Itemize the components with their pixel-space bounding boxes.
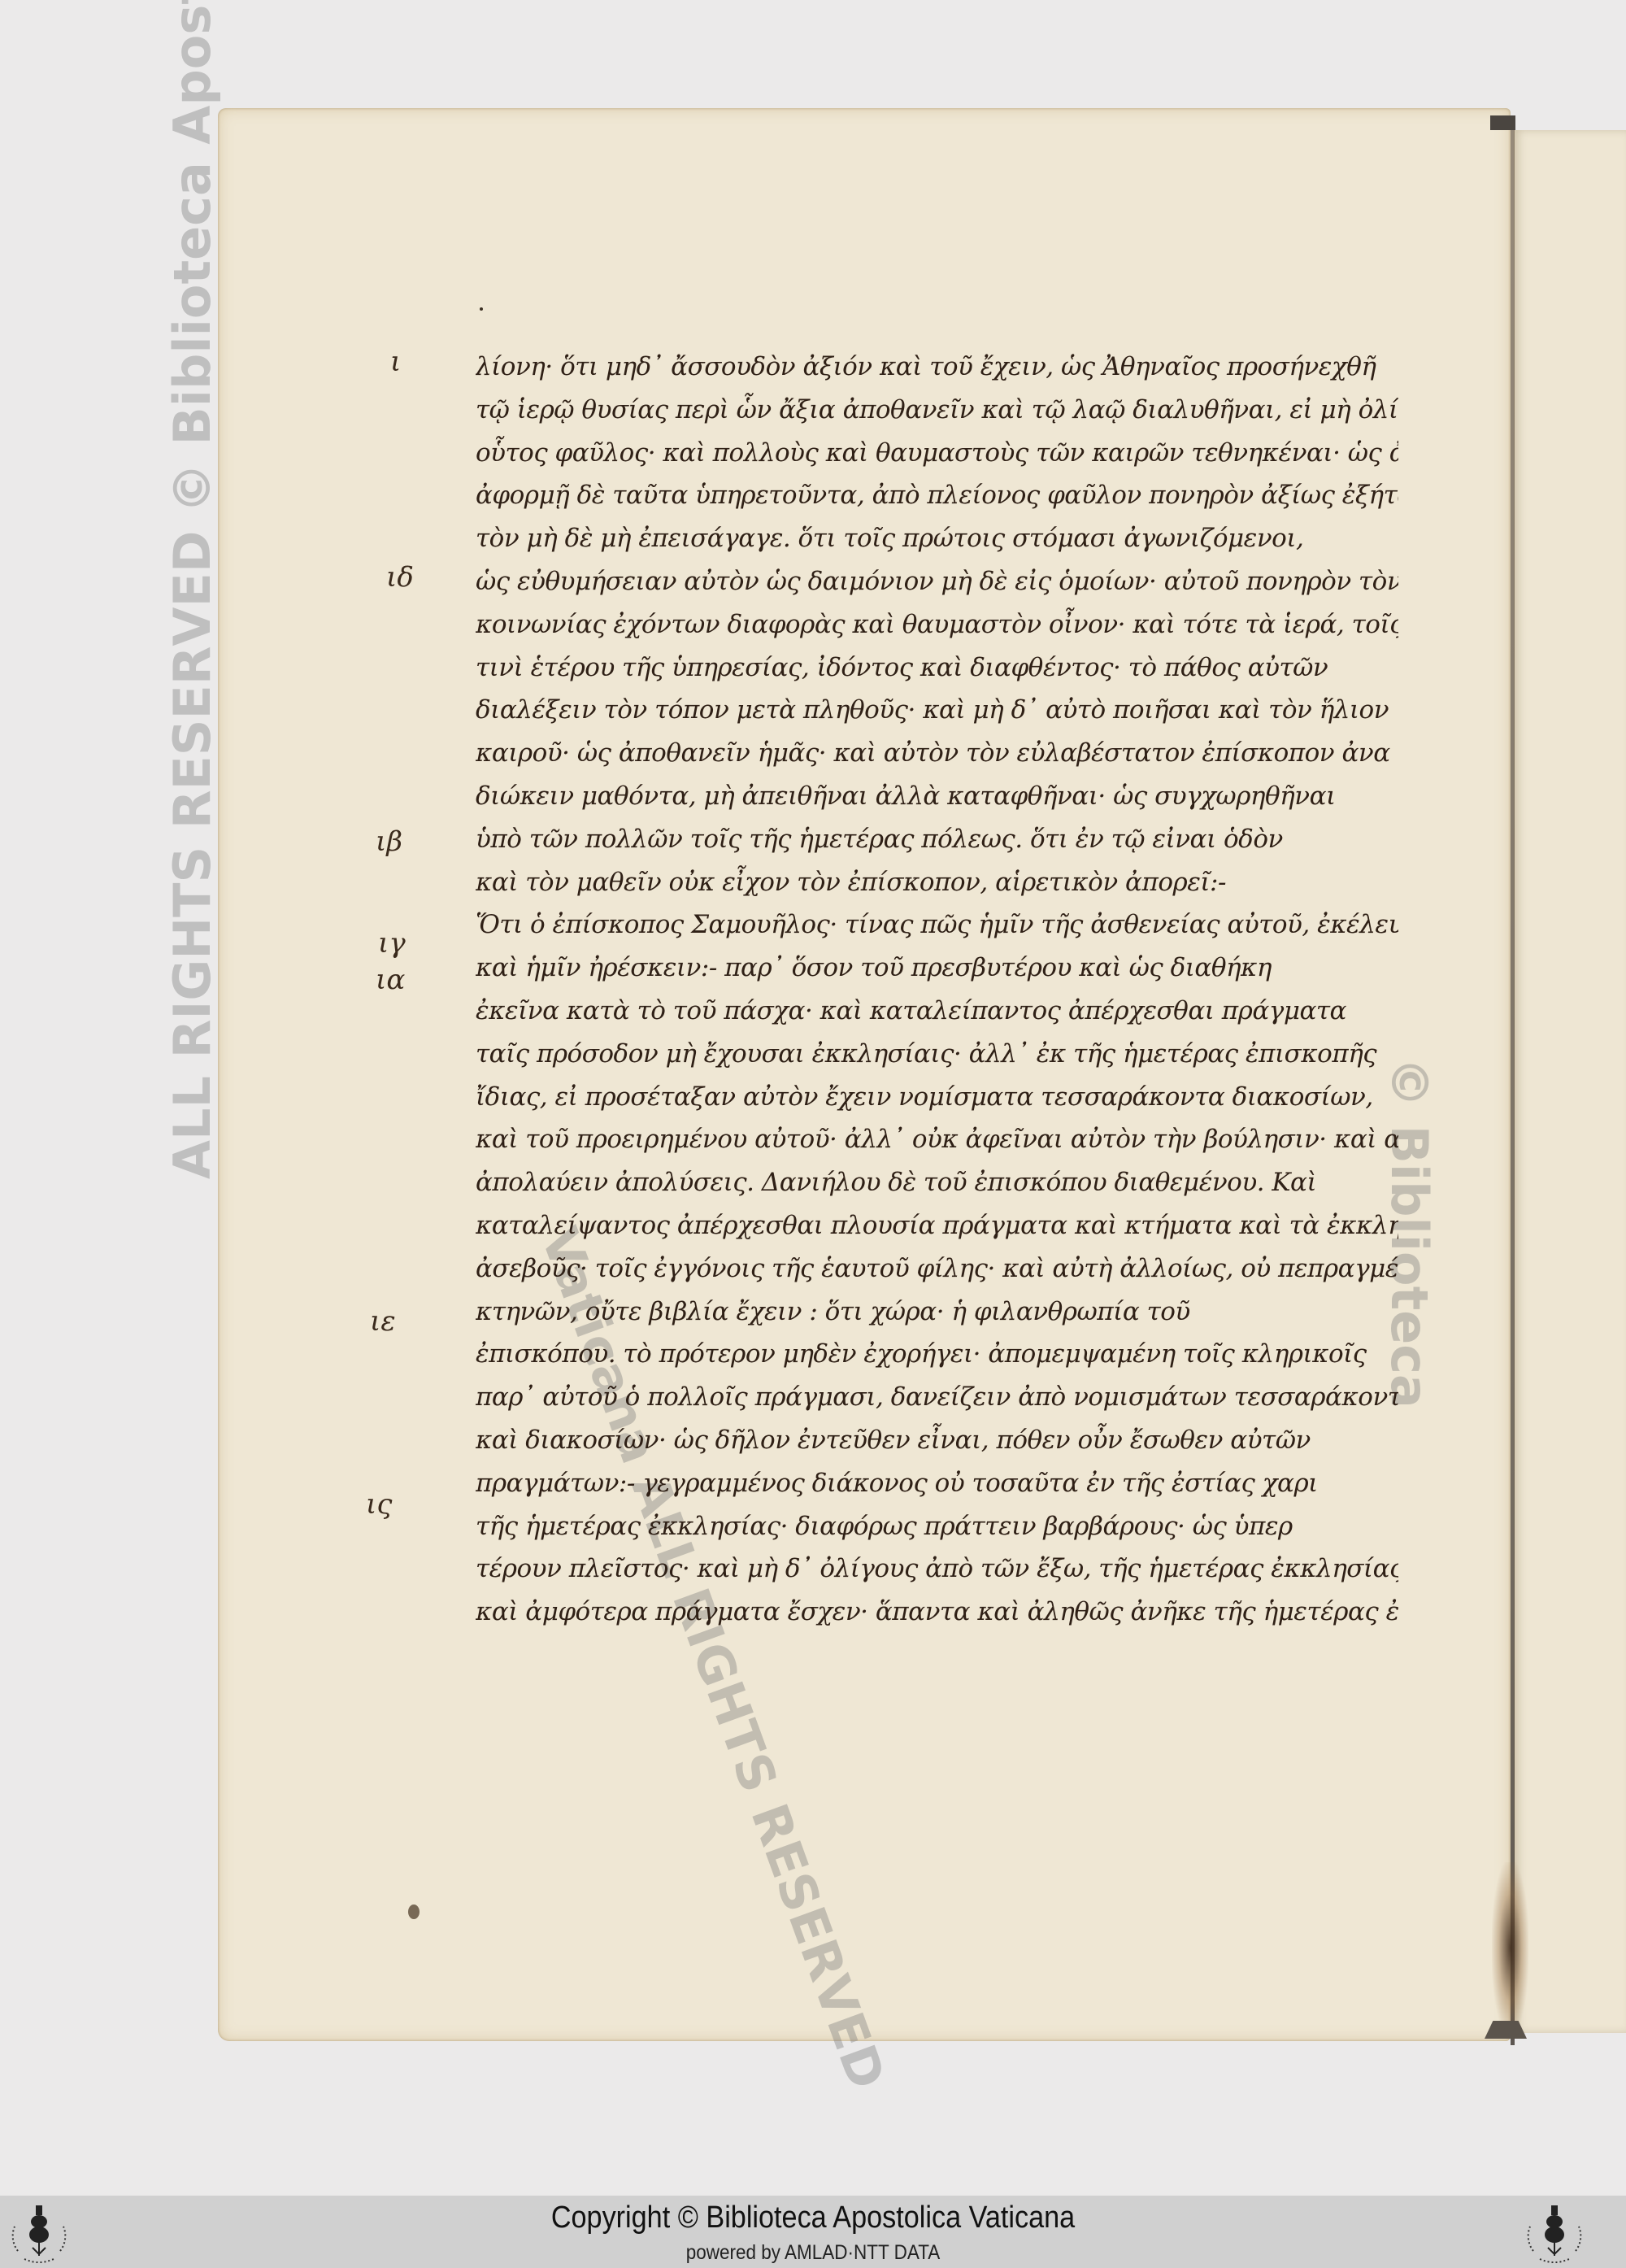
vatican-library-logo-icon bbox=[8, 2202, 70, 2264]
text-line: καὶ τοῦ προειρημένου αὐτοῦ· ἀλλ᾽ οὐκ ἀφε… bbox=[476, 1118, 1398, 1161]
text-line: ὡς εὐθυμήσειαν αὐτὸν ὡς δαιμόνιον μὴ δὲ … bbox=[476, 560, 1398, 603]
manuscript-text: λίονη· ὅτι μηδ᾽ ἄσσουδὸν ἀξιόν καὶ τοῦ ἔ… bbox=[476, 346, 1398, 1634]
binding-clip-top bbox=[1490, 115, 1515, 130]
text-line: ἀπολαύειν ἀπολύσεις. Δανιήλου δὲ τοῦ ἐπι… bbox=[476, 1161, 1398, 1204]
text-line: καὶ τὸν μαθεῖν οὐκ εἶχον τὸν ἐπίσκοπον, … bbox=[476, 861, 1398, 904]
text-line: κοινωνίας ἐχόντων διαφορὰς καὶ θαυμαστὸν… bbox=[476, 603, 1398, 646]
margin-numeral: ια bbox=[376, 964, 405, 996]
text-line: τὸν μὴ δὲ μὴ ἐπεισάγαγε. ὅτι τοῖς πρώτοι… bbox=[476, 517, 1398, 560]
gutter-stain bbox=[1492, 1862, 1528, 2033]
margin-numeral: ιγ bbox=[378, 927, 406, 960]
text-line: ἀφορμῇ δὲ ταῦτα ὑπηρετοῦντα, ἀπὸ πλείονο… bbox=[476, 474, 1398, 517]
copyright-footer: Copyright © Biblioteca Apostolica Vatica… bbox=[0, 2196, 1626, 2268]
text-line: κτηνῶν, οὔτε βιβλία ἔχειν : ὅτι χώρα· ἡ … bbox=[476, 1291, 1398, 1334]
text-line: διαλέξειν τὸν τόπον μετὰ πληθοῦς· καὶ μὴ… bbox=[476, 689, 1398, 732]
vatican-library-logo-icon bbox=[1524, 2202, 1585, 2264]
copyright-text: Copyright © Biblioteca Apostolica Vatica… bbox=[81, 2201, 1545, 2235]
ink-dot bbox=[480, 307, 483, 311]
text-line: καταλείψαντος ἀπέρχεσθαι πλουσία πράγματ… bbox=[476, 1204, 1398, 1247]
ink-spot bbox=[408, 1905, 420, 1919]
binding-gutter bbox=[1511, 126, 1515, 2045]
text-line: ἴδιας, εἰ προσέταξαν αὐτὸν ἔχειν νομίσμα… bbox=[476, 1076, 1398, 1119]
text-line: λίονη· ὅτι μηδ᾽ ἄσσουδὸν ἀξιόν καὶ τοῦ ἔ… bbox=[476, 346, 1398, 389]
text-line: καὶ ἀμφότερα πράγματα ἔσχεν· ἅπαντα καὶ … bbox=[476, 1591, 1398, 1634]
text-line: ἐπισκόπου. τὸ πρότερον μηδὲν ἐχορήγει· ἀ… bbox=[476, 1333, 1398, 1376]
text-line: καὶ διακοσίων· ὡς δῆλον ἐντεῦθεν εἶναι, … bbox=[476, 1419, 1398, 1462]
text-line: τέρουν πλεῖστος· καὶ μὴ δ᾽ ὀλίγους ἀπὸ τ… bbox=[476, 1548, 1398, 1591]
text-line: Ὅτι ὁ ἐπίσκοπος Σαμουῆλος· τίνας πῶς ἡμῖ… bbox=[476, 903, 1398, 947]
text-line: πραγμάτων:- γεγραμμένος διάκονος οὐ τοσα… bbox=[476, 1462, 1398, 1505]
margin-numeral: ιδ bbox=[386, 561, 414, 594]
text-line: ἐκεῖνα κατὰ τὸ τοῦ πάσχα· καὶ καταλείπαν… bbox=[476, 990, 1398, 1033]
text-line: παρ᾽ αὐτοῦ ὁ πολλοῖς πράγμασι, δανείζειν… bbox=[476, 1376, 1398, 1419]
facing-page bbox=[1514, 130, 1626, 2033]
text-line: διώκειν μαθόντα, μὴ ἀπειθῆναι ἀλλὰ καταφ… bbox=[476, 775, 1398, 818]
margin-numeral: ιε bbox=[370, 1305, 396, 1338]
text-line: τῆς ἡμετέρας ἐκκλησίας· διαφόρως πράττει… bbox=[476, 1505, 1398, 1548]
margin-numeral: ι bbox=[390, 346, 401, 378]
text-line: καιροῦ· ὡς ἀποθανεῖν ἡμᾶς· καὶ αὐτὸν τὸν… bbox=[476, 732, 1398, 775]
margin-numeral: ις bbox=[366, 1488, 392, 1521]
text-line: τινὶ ἑτέρου τῆς ὑπηρεσίας, ἰδόντος καὶ δ… bbox=[476, 646, 1398, 690]
text-line: ταῖς πρόσοδον μὴ ἔχουσαι ἐκκλησίαις· ἀλλ… bbox=[476, 1033, 1398, 1076]
text-line: ἀσεβοῦς· τοῖς ἐγγόνοις τῆς ἑαυτοῦ φίλης·… bbox=[476, 1247, 1398, 1291]
text-line: ὑπὸ τῶν πολλῶν τοῖς τῆς ἡμετέρας πόλεως.… bbox=[476, 818, 1398, 861]
powered-by-text: powered by AMLAD·NTT DATA bbox=[81, 2241, 1545, 2265]
text-line: τῷ ἱερῷ θυσίας περὶ ὧν ἄξια ἀποθανεῖν κα… bbox=[476, 389, 1398, 432]
margin-numeral: ιβ bbox=[376, 825, 402, 858]
text-line: καὶ ἡμῖν ἠρέσκειν:- παρ᾽ ὅσον τοῦ πρεσβυ… bbox=[476, 947, 1398, 990]
text-line: οὗτος φαῦλος· καὶ πολλοὺς καὶ θαυμαστοὺς… bbox=[476, 432, 1398, 475]
